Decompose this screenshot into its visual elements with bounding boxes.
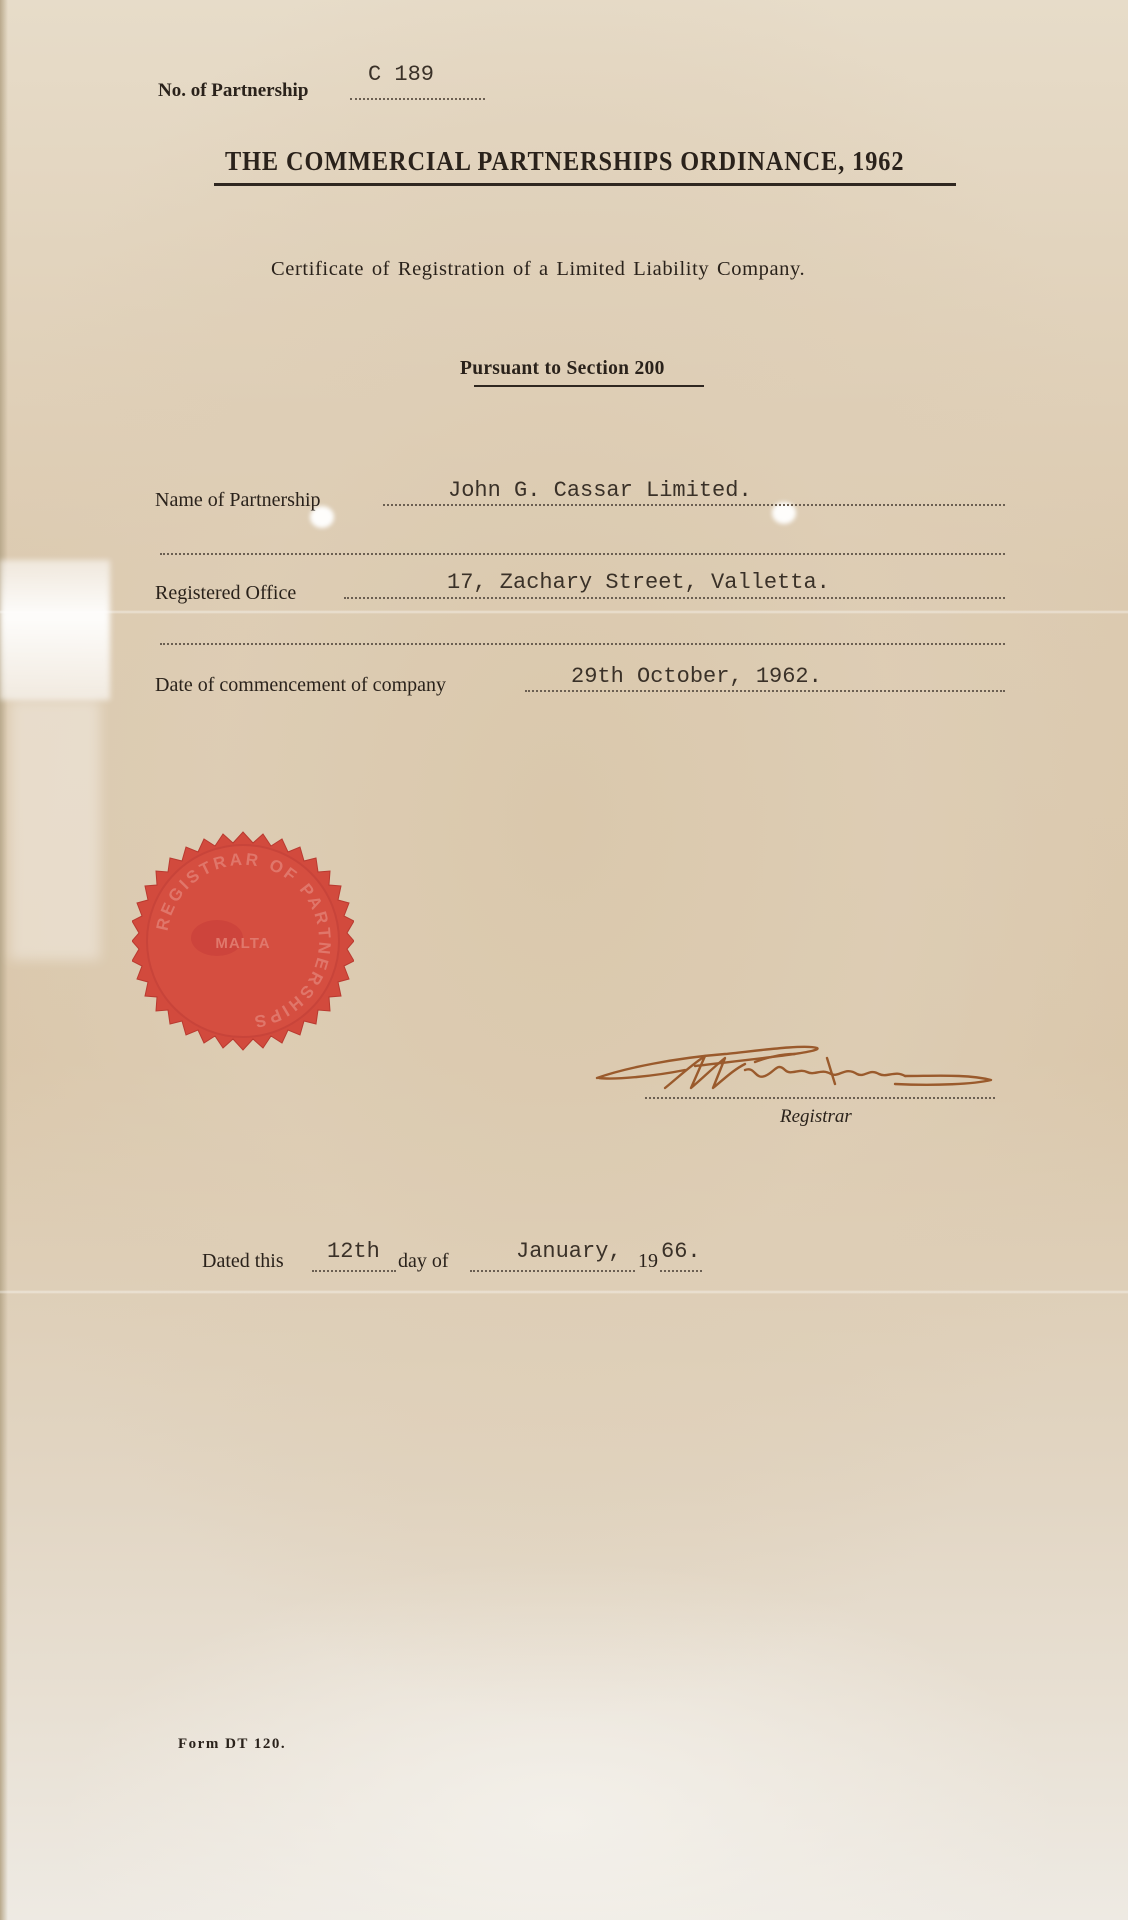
commencement-dotted-line xyxy=(525,690,1005,692)
registrar-label: Registrar xyxy=(780,1106,852,1128)
name-dotted-line xyxy=(383,504,1005,506)
certificate-subtitle: Certificate of Registration of a Limited… xyxy=(271,258,805,281)
dated-century-label: 19 xyxy=(638,1250,658,1273)
registrar-seal-icon: REGISTRAR OF PARTNERSHIPS MALTA xyxy=(132,830,354,1052)
registrar-signature xyxy=(595,1040,995,1100)
registered-office-value: 17, Zachary Street, Valletta. xyxy=(447,570,830,595)
name-dotted-line-continued xyxy=(160,553,1005,555)
dated-day-dotted-line xyxy=(312,1270,396,1272)
glass-glare-lower xyxy=(10,700,100,960)
paper-fold-upper xyxy=(0,610,1128,614)
dated-day-value: 12th xyxy=(327,1239,380,1264)
title-underline xyxy=(214,183,956,186)
document-title: THE COMMERCIAL PARTNERSHIPS ORDINANCE, 1… xyxy=(225,146,904,177)
dated-year-dotted-line xyxy=(660,1270,702,1272)
partnership-number-dotted-line xyxy=(350,98,485,100)
certificate-paper: No. of Partnership C 189 THE COMMERCIAL … xyxy=(0,0,1128,1920)
section-reference: Pursuant to Section 200 xyxy=(460,358,665,380)
dated-month-value: January, xyxy=(516,1239,622,1264)
glass-glare xyxy=(0,560,110,700)
svg-text:MALTA: MALTA xyxy=(215,935,270,952)
form-identifier: Form DT 120. xyxy=(178,1736,286,1753)
section-underline xyxy=(474,385,704,387)
frame-edge xyxy=(0,0,8,1920)
dated-prefix: Dated this xyxy=(202,1250,284,1273)
name-of-partnership-label: Name of Partnership xyxy=(155,489,321,512)
registered-office-label: Registered Office xyxy=(155,582,296,605)
name-of-partnership-value: John G. Cassar Limited. xyxy=(448,478,752,503)
dated-day-of-label: day of xyxy=(398,1250,449,1273)
dated-year-value: 66. xyxy=(661,1239,701,1264)
office-dotted-line-continued xyxy=(160,643,1005,645)
commencement-date-label: Date of commencement of company xyxy=(155,674,446,697)
office-dotted-line xyxy=(344,597,1005,599)
partnership-number-label: No. of Partnership xyxy=(158,80,308,102)
dated-month-dotted-line xyxy=(470,1270,635,1272)
partnership-number-value: C 189 xyxy=(368,62,434,87)
paper-fold-lower xyxy=(0,1290,1128,1294)
signature-dotted-line xyxy=(645,1097,995,1099)
commencement-date-value: 29th October, 1962. xyxy=(571,664,822,689)
